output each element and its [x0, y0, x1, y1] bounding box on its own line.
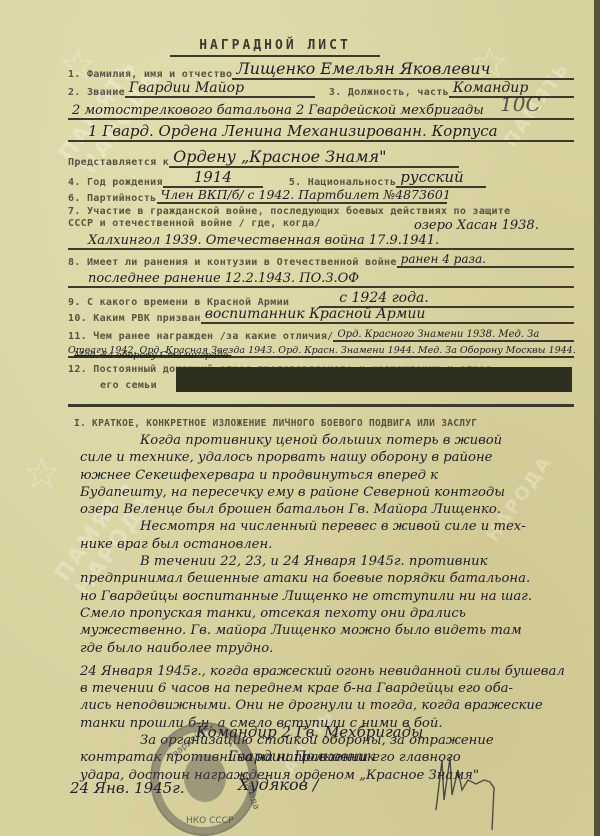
field-unit-line-2: 1 Гвард. Ордена Ленина Механизированн. К…	[68, 122, 574, 142]
section-divider	[68, 404, 574, 407]
narrative-line: озера Веленце был брошен батальон Гв. Ма…	[80, 501, 580, 518]
signatory-name: Худяков /	[238, 775, 318, 794]
field-wounds-line: последнее ранение 12.2.1943. ПО.З.ОФ	[68, 268, 574, 288]
field-value: Ордену „Красное Знамя"	[169, 147, 390, 166]
narrative-line: где было наиболее трудно.	[80, 640, 580, 657]
field-party: 6. Партийность Член ВКП/б/ с 1942. Партб…	[68, 186, 574, 204]
narrative-line: Смело пропуская танки, отсекая пехоту он…	[80, 605, 580, 622]
redacted-address	[176, 367, 572, 392]
field-label: 6. Партийность	[68, 193, 157, 204]
handwritten-signature	[432, 740, 512, 830]
stamp-emblem-icon	[184, 754, 226, 802]
narrative-line: предпринимал бешенные атаки на боевые по…	[80, 570, 580, 587]
field-value: ранен 4 раза.	[397, 252, 490, 266]
field-value: Член ВКП/б/ с 1942. Партбилет №4873601	[157, 187, 455, 202]
field-label: его семьи	[100, 380, 157, 391]
narrative-line: лись неподвижными. Они не дрогнули и тог…	[80, 697, 580, 714]
field-label: Представляется к	[68, 157, 169, 168]
narrative-line: мужественно. Гв. майора Лищенко можно бы…	[80, 622, 580, 639]
field-rank-position: 2. Звание Гвардии Майор 3. Должность, ча…	[68, 80, 574, 98]
narrative-line: южнее Секешфехервара и продвинуться впер…	[80, 467, 580, 484]
field-award: Представляется к Ордену „Красное Знамя"	[68, 150, 574, 168]
document-title: НАГРАДНОЙ ЛИСТ	[170, 38, 380, 57]
field-label: 3. Должность, часть	[329, 87, 449, 98]
field-label: 2. Звание	[68, 87, 125, 98]
narrative-line: Когда противнику ценой больших потерь в …	[80, 432, 580, 449]
field-wounds: 8. Имеет ли ранения и контузии в Отечест…	[68, 250, 574, 268]
narrative-line: 24 Января 1945г., когда вражеский огонь …	[80, 663, 580, 680]
margin-note: 10С	[500, 92, 541, 116]
field-label: 10. Каким РВК призван	[68, 313, 201, 324]
narrative-line: нике враг был остановлен.	[80, 536, 580, 553]
narrative-line: Несмотря на численный перевес в живой си…	[80, 518, 580, 535]
watermark-star-icon: ☆	[22, 448, 61, 499]
section-heading: I. КРАТКОЕ, КОНКРЕТНОЕ ИЗЛОЖЕНИЕ ЛИЧНОГО…	[74, 418, 477, 429]
narrative-line: В течении 22, 23, и 24 Января 1945г. про…	[80, 553, 580, 570]
field-unit-line-1: 2 мотострелкового батальона 2 Гвардейско…	[68, 100, 574, 120]
field-label: 8. Имеет ли ранения и контузии в Отечест…	[68, 257, 397, 268]
field-awards-line-2: Мед. За оборону Сталинграда.	[70, 350, 235, 361]
narrative-line: но Гвардейцы воспитанные Лищенко не отст…	[80, 588, 580, 605]
field-value: Гвардии Майор	[125, 80, 248, 96]
signatory-rank: Гвардии Полковник	[228, 749, 375, 765]
scan-edge	[594, 0, 600, 836]
field-value: Лищенко Емельян Яковлевич	[232, 59, 494, 78]
narrative-line: в течении 6 часов на переднем крае б-на …	[80, 680, 580, 697]
narrative-line: силе и технике, удалось прорвать нашу об…	[80, 449, 580, 466]
field-combat-line: Халхингол 1939. Отечественная война 17.9…	[68, 230, 574, 250]
field-value: воспитанник Красной Армии	[201, 306, 430, 322]
signatory-position: Командир 2 Гв. Мехбригады	[196, 723, 423, 741]
signature-date: 24 Янв. 1945г.	[70, 779, 185, 797]
narrative-line: Будапешту, на пересечку ему в районе Сев…	[80, 484, 580, 501]
